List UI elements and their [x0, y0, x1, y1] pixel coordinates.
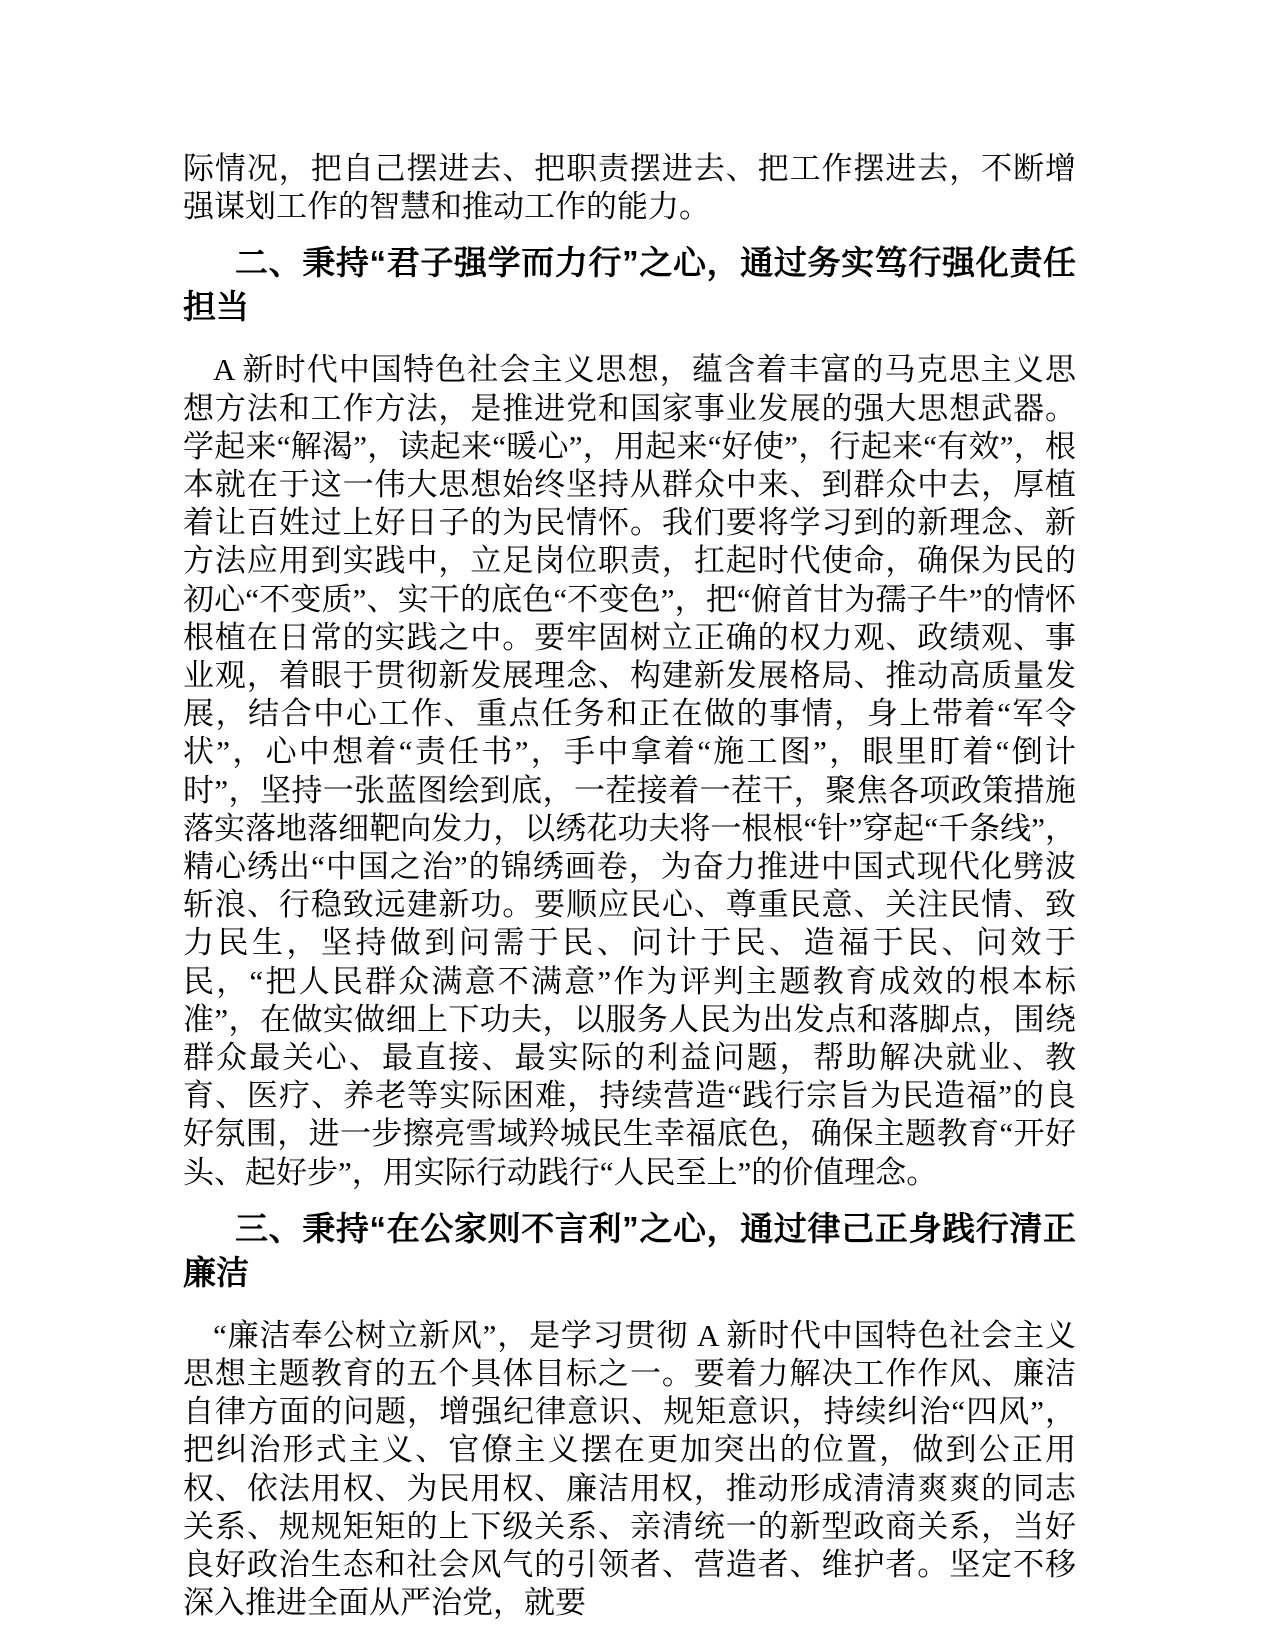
section-two-paragraph: A 新时代中国特色社会主义思想，蕴含着丰富的马克思主义思想方法和工作方法，是推进… [183, 351, 1076, 1191]
document-content: 际情况，把自己摆进去、把职责摆进去、把工作摆进去，不断增强谋划工作的智慧和推动工… [183, 150, 1076, 1623]
document-page: 际情况，把自己摆进去、把职责摆进去、把工作摆进去，不断增强谋划工作的智慧和推动工… [0, 0, 1275, 1650]
section-three-paragraph: “廉洁奉公树立新风”，是学习贯彻 A 新时代中国特色社会主义思想主题教育的五个具… [183, 1317, 1076, 1623]
section-heading-three: 三、秉持“在公家则不言利”之心，通过律己正身践行清正廉洁 [183, 1207, 1076, 1295]
section-heading-two: 二、秉持“君子强学而力行”之心，通过务实笃行强化责任担当 [183, 241, 1076, 329]
continuation-paragraph: 际情况，把自己摆进去、把职责摆进去、把工作摆进去，不断增强谋划工作的智慧和推动工… [183, 150, 1076, 226]
